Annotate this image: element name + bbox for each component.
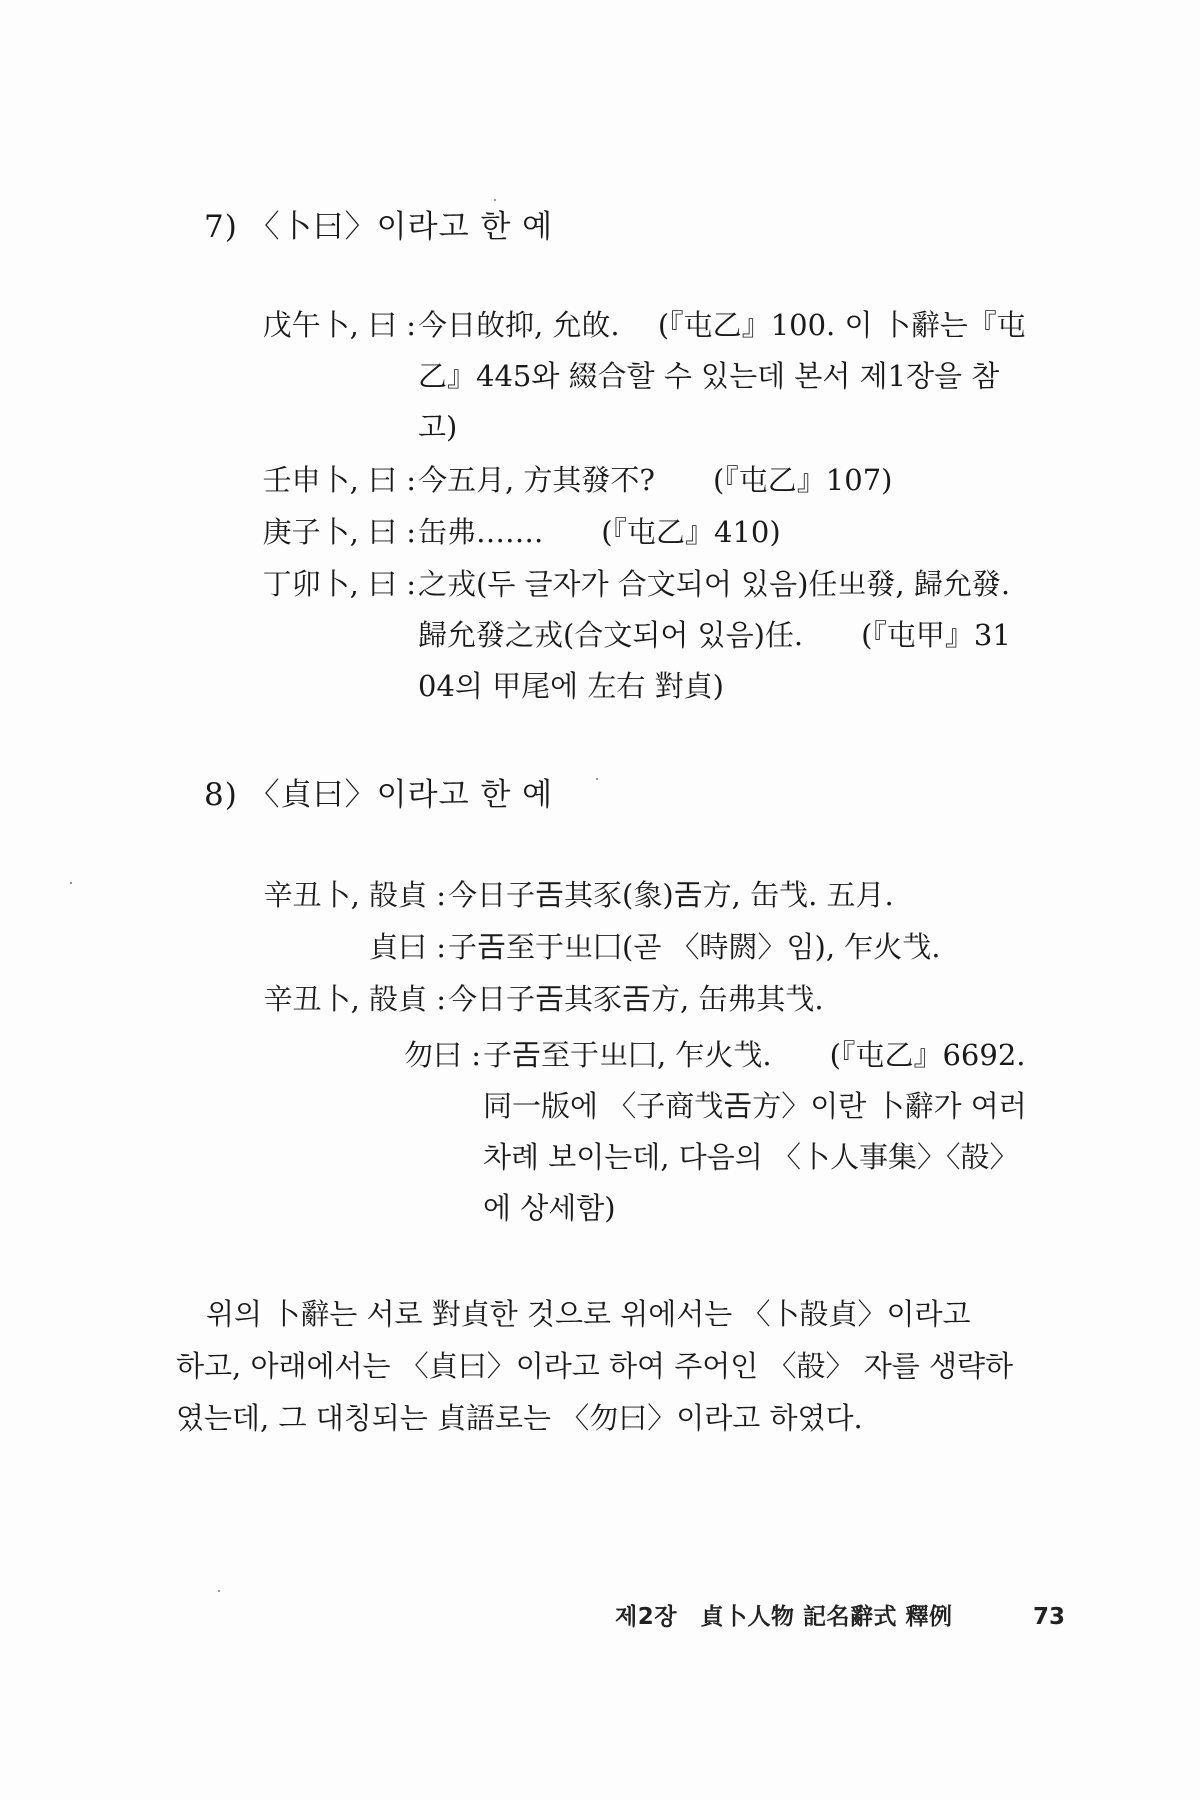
entry-body: 今日子𢀛其豕(𧰼)𢀛方, 缶𢦏. 五月. — [448, 870, 894, 921]
entry-line: 缶弗……. (『屯乙』410) — [418, 507, 781, 558]
entry-line: 歸允發之戎(合文되어 있음)任. (『屯甲』31 — [418, 610, 1011, 661]
entry-line: 04의 甲尾에 左右 對貞) — [418, 661, 1011, 712]
entry-line: 에 상세함) — [483, 1183, 1027, 1234]
entry-line: 之戎(두 글자가 合文되어 있음)任㞢發, 歸允發. — [418, 559, 1011, 610]
entry-line: 子𢀛至于㞢囗, 乍火𢦏. (『屯乙』6692. — [483, 1030, 1027, 1081]
entry-body: 今五月, 方其發不? (『屯乙』107) — [418, 455, 892, 506]
paragraph-line: 였는데, 그 대칭되는 貞語로는 〈勿曰〉이라고 하였다. — [176, 1392, 1066, 1444]
entry-label: 辛丑卜, 㱿貞 : — [236, 870, 446, 921]
commentary-paragraph: 위의 卜辭는 서로 對貞한 것으로 위에서는 〈卜㱿貞〉이라고 하고, 아래에서… — [176, 1288, 1066, 1444]
entry-line: 今日敀抑, 允敀. (『屯乙』100. 이 卜辭는『屯 — [418, 300, 1026, 351]
entry-label: 戊午卜, 曰 : — [236, 300, 416, 351]
scan-speck — [596, 778, 598, 780]
entry-line: 同一版에 〈子商𢦏𢀛方〉이란 卜辭가 여러 — [483, 1081, 1027, 1132]
entry-body: 之戎(두 글자가 合文되어 있음)任㞢發, 歸允發. 歸允發之戎(合文되어 있음… — [418, 559, 1011, 712]
entry-line: 今日子𢀛其豕𢀛方, 缶弗其𢦏. — [448, 974, 824, 1025]
entry-label: 辛丑卜, 㱿貞 : — [236, 974, 446, 1025]
scan-speck — [70, 882, 72, 884]
entry-line: 今日子𢀛其豕(𧰼)𢀛方, 缶𢦏. 五月. — [448, 870, 894, 921]
entry-line: 子𢀛至于㞢囗(곧 〈時閼〉임), 乍火𢦏. — [448, 922, 941, 973]
scan-speck — [218, 1590, 220, 1592]
page-number: 73 — [1033, 1602, 1065, 1632]
paragraph-line: 위의 卜辭는 서로 對貞한 것으로 위에서는 〈卜㱿貞〉이라고 — [176, 1288, 1066, 1340]
paragraph-line: 하고, 아래에서는 〈貞曰〉이라고 하여 주어인 〈㱿〉 자를 생략하 — [176, 1340, 1066, 1392]
page-footer: 제2장 貞卜人物 記名辭式 釋例 73 — [615, 1602, 1065, 1632]
scan-speck — [494, 199, 496, 201]
entry-line: 乙』445와 綴合할 수 있는데 본서 제1장을 참 — [418, 351, 1026, 402]
book-page: 7) 〈卜曰〉이라고 한 예 戊午卜, 曰 : 今日敀抑, 允敀. (『屯乙』1… — [0, 0, 1200, 1800]
entry-body: 今日敀抑, 允敀. (『屯乙』100. 이 卜辭는『屯 乙』445와 綴合할 수… — [418, 300, 1026, 453]
entry-label: 壬申卜, 曰 : — [236, 455, 416, 506]
entry-line: 今五月, 方其發不? (『屯乙』107) — [418, 455, 892, 506]
section-7-heading: 7) 〈卜曰〉이라고 한 예 — [204, 207, 553, 247]
running-title: 제2장 貞卜人物 記名辭式 釋例 — [615, 1604, 952, 1630]
entry-label: 庚子卜, 曰 : — [236, 507, 416, 558]
entry-label: 勿曰 : — [236, 1030, 481, 1081]
entry-body: 今日子𢀛其豕𢀛方, 缶弗其𢦏. — [448, 974, 824, 1025]
entry-body: 子𢀛至于㞢囗, 乍火𢦏. (『屯乙』6692. 同一版에 〈子商𢦏𢀛方〉이란 卜… — [483, 1030, 1027, 1234]
entry-line: 고) — [418, 402, 1026, 453]
entry-label: 丁卯卜, 曰 : — [236, 559, 416, 610]
entry-body: 子𢀛至于㞢囗(곧 〈時閼〉임), 乍火𢦏. — [448, 922, 941, 973]
section-8-heading: 8) 〈貞曰〉이라고 한 예 — [204, 775, 553, 815]
entry-line: 차례 보이는데, 다음의 〈卜人事集〉〈㱿〉 — [483, 1132, 1027, 1183]
entry-body: 缶弗……. (『屯乙』410) — [418, 507, 781, 558]
entry-label: 貞曰 : — [236, 922, 446, 973]
